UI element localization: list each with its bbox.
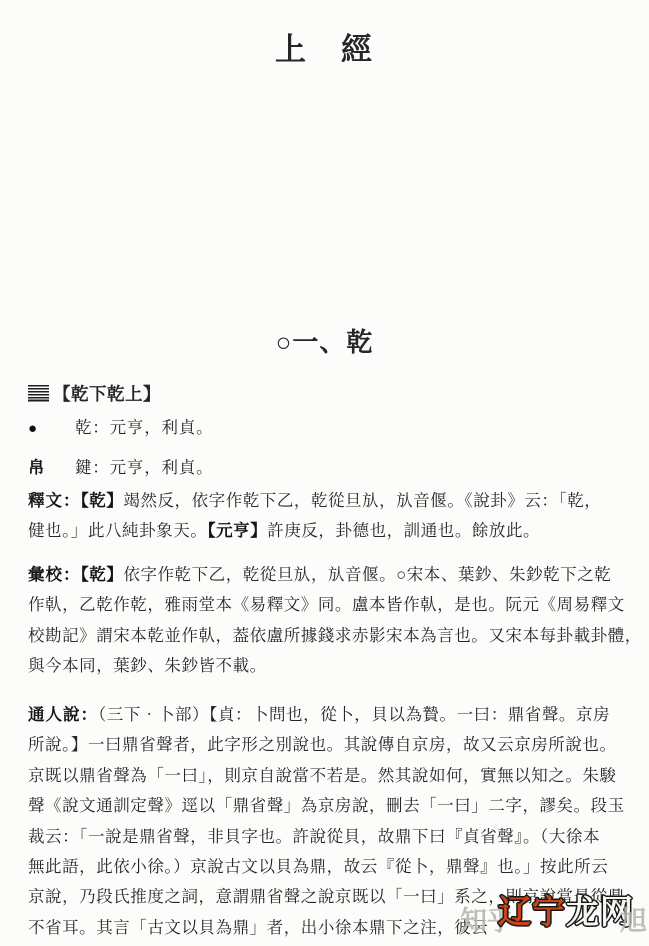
text-line: 健也。」此八純卦象天。【元亨】許庚反，卦德也，訓通也。餘放此。 bbox=[28, 516, 628, 546]
paragraph-huijiao: 彙校：【乾】依字作乾下乙，乾從旦㫃，㫃音偃。○宋本、葉鈔、朱鈔乾下之乾作倝，乙乾… bbox=[28, 560, 628, 682]
hexagram-caption: 【乾下乾上】 bbox=[53, 381, 161, 406]
judgment-line: ●乾：元亨，利貞。 bbox=[28, 414, 213, 438]
text-line: 與今本同，葉鈔、朱鈔皆不載。 bbox=[28, 651, 628, 681]
scanned-book-page: 上 經 ○一、乾 【乾下乾上】 ●乾：元亨，利貞。 帛鍵：元亨，利貞。 釋文：【… bbox=[0, 0, 649, 946]
text-line: 聲《說文通訓定聲》逕以「鼎省聲」為京房說，刪去「一曰」二字，謬矣。段玉 bbox=[28, 791, 628, 821]
paragraph-label: 彙校： bbox=[28, 566, 81, 584]
silk-manuscript-line: 帛鍵：元亨，利貞。 bbox=[28, 454, 213, 478]
silk-marker: 帛 bbox=[28, 454, 75, 478]
text-line: 校勘記》謂宋本乾並作倝，葢依盧所據錢求赤影宋本為言也。又宋本每卦載卦體， bbox=[28, 621, 628, 651]
chapter-heading: ○一、乾 bbox=[0, 322, 649, 359]
silk-text: 鍵：元亨，利貞。 bbox=[75, 458, 213, 477]
hexagram-qian-icon bbox=[28, 385, 49, 402]
text-line: 所說。】一曰鼎省聲者，此字形之別說也。其說傳自京房，故又云京房所說也。 bbox=[28, 730, 628, 760]
watermark-site-red-text: 辽宁 bbox=[498, 893, 566, 930]
paragraph-shiwen: 釋文：【乾】竭然反，依字作乾下乙，乾從旦㫃，㫃音偃。《說卦》云：「乾，健也。」此… bbox=[28, 486, 628, 547]
paragraph-label: 通人說： bbox=[28, 706, 98, 724]
text-line: 無此語，此依小徐。）京說古文以貝為鼎，故云『從卜，鼎聲』也。」按此所云 bbox=[28, 852, 628, 882]
text-line: 通人說：（三下‧卜部）【貞：卜問也，從卜，貝以為贄。一曰：鼎省聲。京房 bbox=[28, 700, 628, 730]
text-line: 京既以鼎省聲為「一曰」，則京自說當不若是。然其說如何，實無以知之。朱駿 bbox=[28, 761, 628, 791]
text-line: 釋文：【乾】竭然反，依字作乾下乙，乾從旦㫃，㫃音偃。《說卦》云：「乾， bbox=[28, 486, 628, 516]
text-line: 作倝，乙乾作乾，雅雨堂本《易釋文》同。盧本皆作倝，是也。阮元《周易釋文 bbox=[28, 590, 628, 620]
hexagram-line: 【乾下乾上】 bbox=[28, 381, 161, 406]
paragraph-label: 釋文： bbox=[28, 492, 81, 510]
text-line: 裁云：「一說是鼎省聲，非貝字也。許說從貝，故鼎下曰『貞省聲』。（大徐本 bbox=[28, 822, 628, 852]
text-line: 彙校：【乾】依字作乾下乙，乾從旦㫃，㫃音偃。○宋本、葉鈔、朱鈔乾下之乾 bbox=[28, 560, 628, 590]
watermark-site-logo: 辽宁龙网 bbox=[498, 886, 634, 933]
judgment-text: 乾：元亨，利貞。 bbox=[75, 418, 213, 437]
watermark-trailing-text: 旭 bbox=[620, 899, 647, 938]
bullet-icon: ● bbox=[28, 421, 75, 438]
page-title: 上 經 bbox=[0, 24, 649, 69]
